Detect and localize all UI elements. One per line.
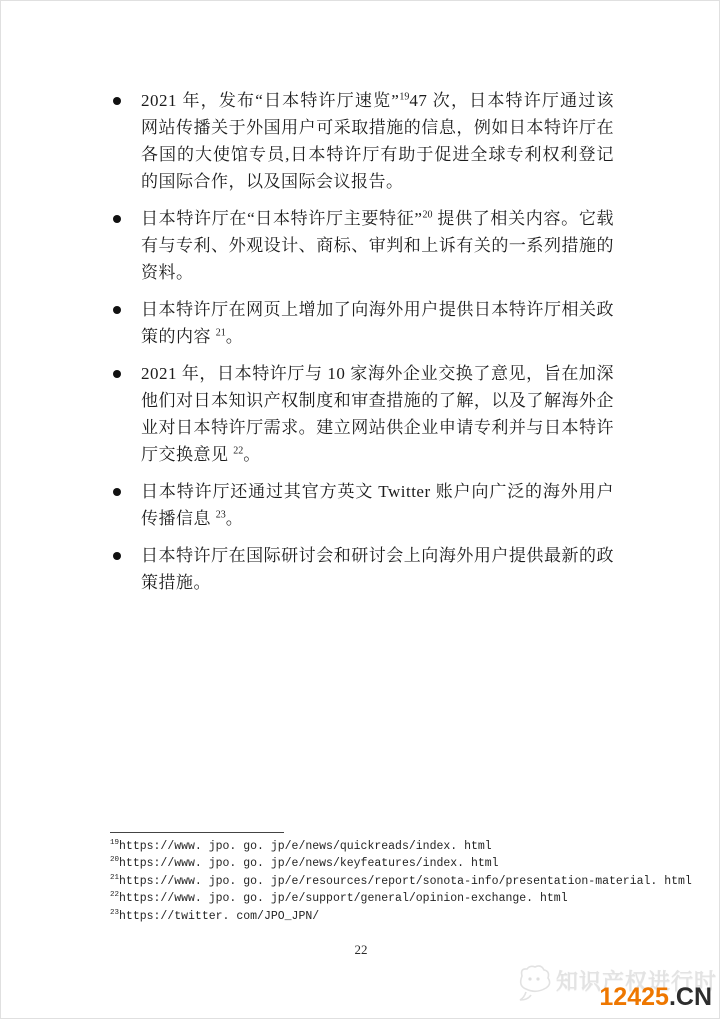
watermark: 知识产权进行时 12425.CN [516, 962, 712, 1012]
footnote-url: https://twitter. com/JPO_JPN/ [119, 910, 319, 923]
bullet-text-post: 。 [243, 445, 261, 464]
footnote-number: 20 [110, 857, 119, 865]
footnote-ref: 21 [216, 327, 226, 338]
bullet-icon [112, 296, 141, 350]
bullet-text-post: 。 [226, 509, 244, 528]
footnote-url: https://www. jpo. go. jp/e/news/quickrea… [119, 840, 492, 853]
bullet-text-pre: 日本特许厅在“日本特许厅主要特征” [141, 209, 422, 228]
bullet-text-pre: 日本特许厅在网页上增加了向海外用户提供日本特许厅相关政策的内容 [141, 300, 614, 346]
bullet-text: 2021 年，日本特许厅与 10 家海外企业交换了意见，旨在加深他们对日本知识产… [141, 360, 614, 468]
bullet-text-pre: 日本特许厅还通过其官方英文 Twitter 账户向广泛的海外用户传播信息 [141, 482, 614, 528]
footnote-ref: 23 [216, 509, 226, 520]
bullet-icon [112, 478, 141, 532]
footnote-ref: 22 [233, 445, 243, 456]
bullet-icon [112, 542, 141, 596]
bullet-icon [112, 87, 141, 195]
page-number: 22 [1, 942, 720, 958]
bullet-text: 日本特许厅在国际研讨会和研讨会上向海外用户提供最新的政策措施。 [141, 542, 614, 596]
footnote: 20https://www. jpo. go. jp/e/news/keyfea… [110, 855, 630, 872]
list-item: 日本特许厅在网页上增加了向海外用户提供日本特许厅相关政策的内容 21。 [112, 296, 614, 350]
watermark-site-link: 12425.CN [599, 983, 712, 1012]
bullet-icon [112, 205, 141, 286]
footnote: 23https://twitter. com/JPO_JPN/ [110, 908, 630, 925]
list-item: 日本特许厅在国际研讨会和研讨会上向海外用户提供最新的政策措施。 [112, 542, 614, 596]
document-page: 2021 年，发布“日本特许厅速览”1947 次，日本特许厅通过该网站传播关于外… [0, 0, 720, 1019]
bullet-text: 2021 年，发布“日本特许厅速览”1947 次，日本特许厅通过该网站传播关于外… [141, 87, 614, 195]
bullet-text-pre: 日本特许厅在国际研讨会和研讨会上向海外用户提供最新的政策措施。 [141, 546, 614, 592]
watermark-site-tld: .CN [669, 983, 712, 1011]
footnote-number: 22 [110, 891, 119, 899]
footnote-ref: 20 [422, 209, 432, 220]
list-item: 日本特许厅在“日本特许厅主要特征”20 提供了相关内容。它载有与专利、外观设计、… [112, 205, 614, 286]
bullet-list: 2021 年，发布“日本特许厅速览”1947 次，日本特许厅通过该网站传播关于外… [112, 87, 614, 606]
footnote-ref: 19 [399, 91, 409, 102]
list-item: 2021 年，发布“日本特许厅速览”1947 次，日本特许厅通过该网站传播关于外… [112, 87, 614, 195]
footnote-url: https://www. jpo. go. jp/e/resources/rep… [119, 875, 692, 888]
footnote-url: https://www. jpo. go. jp/e/news/keyfeatu… [119, 857, 499, 870]
list-item: 2021 年，日本特许厅与 10 家海外企业交换了意见，旨在加深他们对日本知识产… [112, 360, 614, 468]
footnotes-section: 19https://www. jpo. go. jp/e/news/quickr… [110, 832, 630, 925]
bullet-text: 日本特许厅在网页上增加了向海外用户提供日本特许厅相关政策的内容 21。 [141, 296, 614, 350]
list-item: 日本特许厅还通过其官方英文 Twitter 账户向广泛的海外用户传播信息 23。 [112, 478, 614, 532]
footnote-number: 19 [110, 839, 119, 847]
watermark-site-number: 12425 [599, 983, 669, 1011]
footnote: 21https://www. jpo. go. jp/e/resources/r… [110, 873, 630, 890]
bullet-text-post: 。 [226, 327, 244, 346]
mascot-face-icon [516, 962, 554, 1009]
footnote-separator [110, 832, 284, 833]
footnote-url: https://www. jpo. go. jp/e/support/gener… [119, 892, 568, 905]
bullet-text-pre: 2021 年，日本特许厅与 10 家海外企业交换了意见，旨在加深他们对日本知识产… [141, 364, 614, 464]
footnote-number: 23 [110, 909, 119, 917]
footnote: 19https://www. jpo. go. jp/e/news/quickr… [110, 838, 630, 855]
bullet-text: 日本特许厅还通过其官方英文 Twitter 账户向广泛的海外用户传播信息 23。 [141, 478, 614, 532]
footnote-number: 21 [110, 874, 119, 882]
bullet-text: 日本特许厅在“日本特许厅主要特征”20 提供了相关内容。它载有与专利、外观设计、… [141, 205, 614, 286]
bullet-icon [112, 360, 141, 468]
bullet-text-pre: 2021 年，发布“日本特许厅速览” [141, 91, 399, 110]
footnote: 22https://www. jpo. go. jp/e/support/gen… [110, 890, 630, 907]
